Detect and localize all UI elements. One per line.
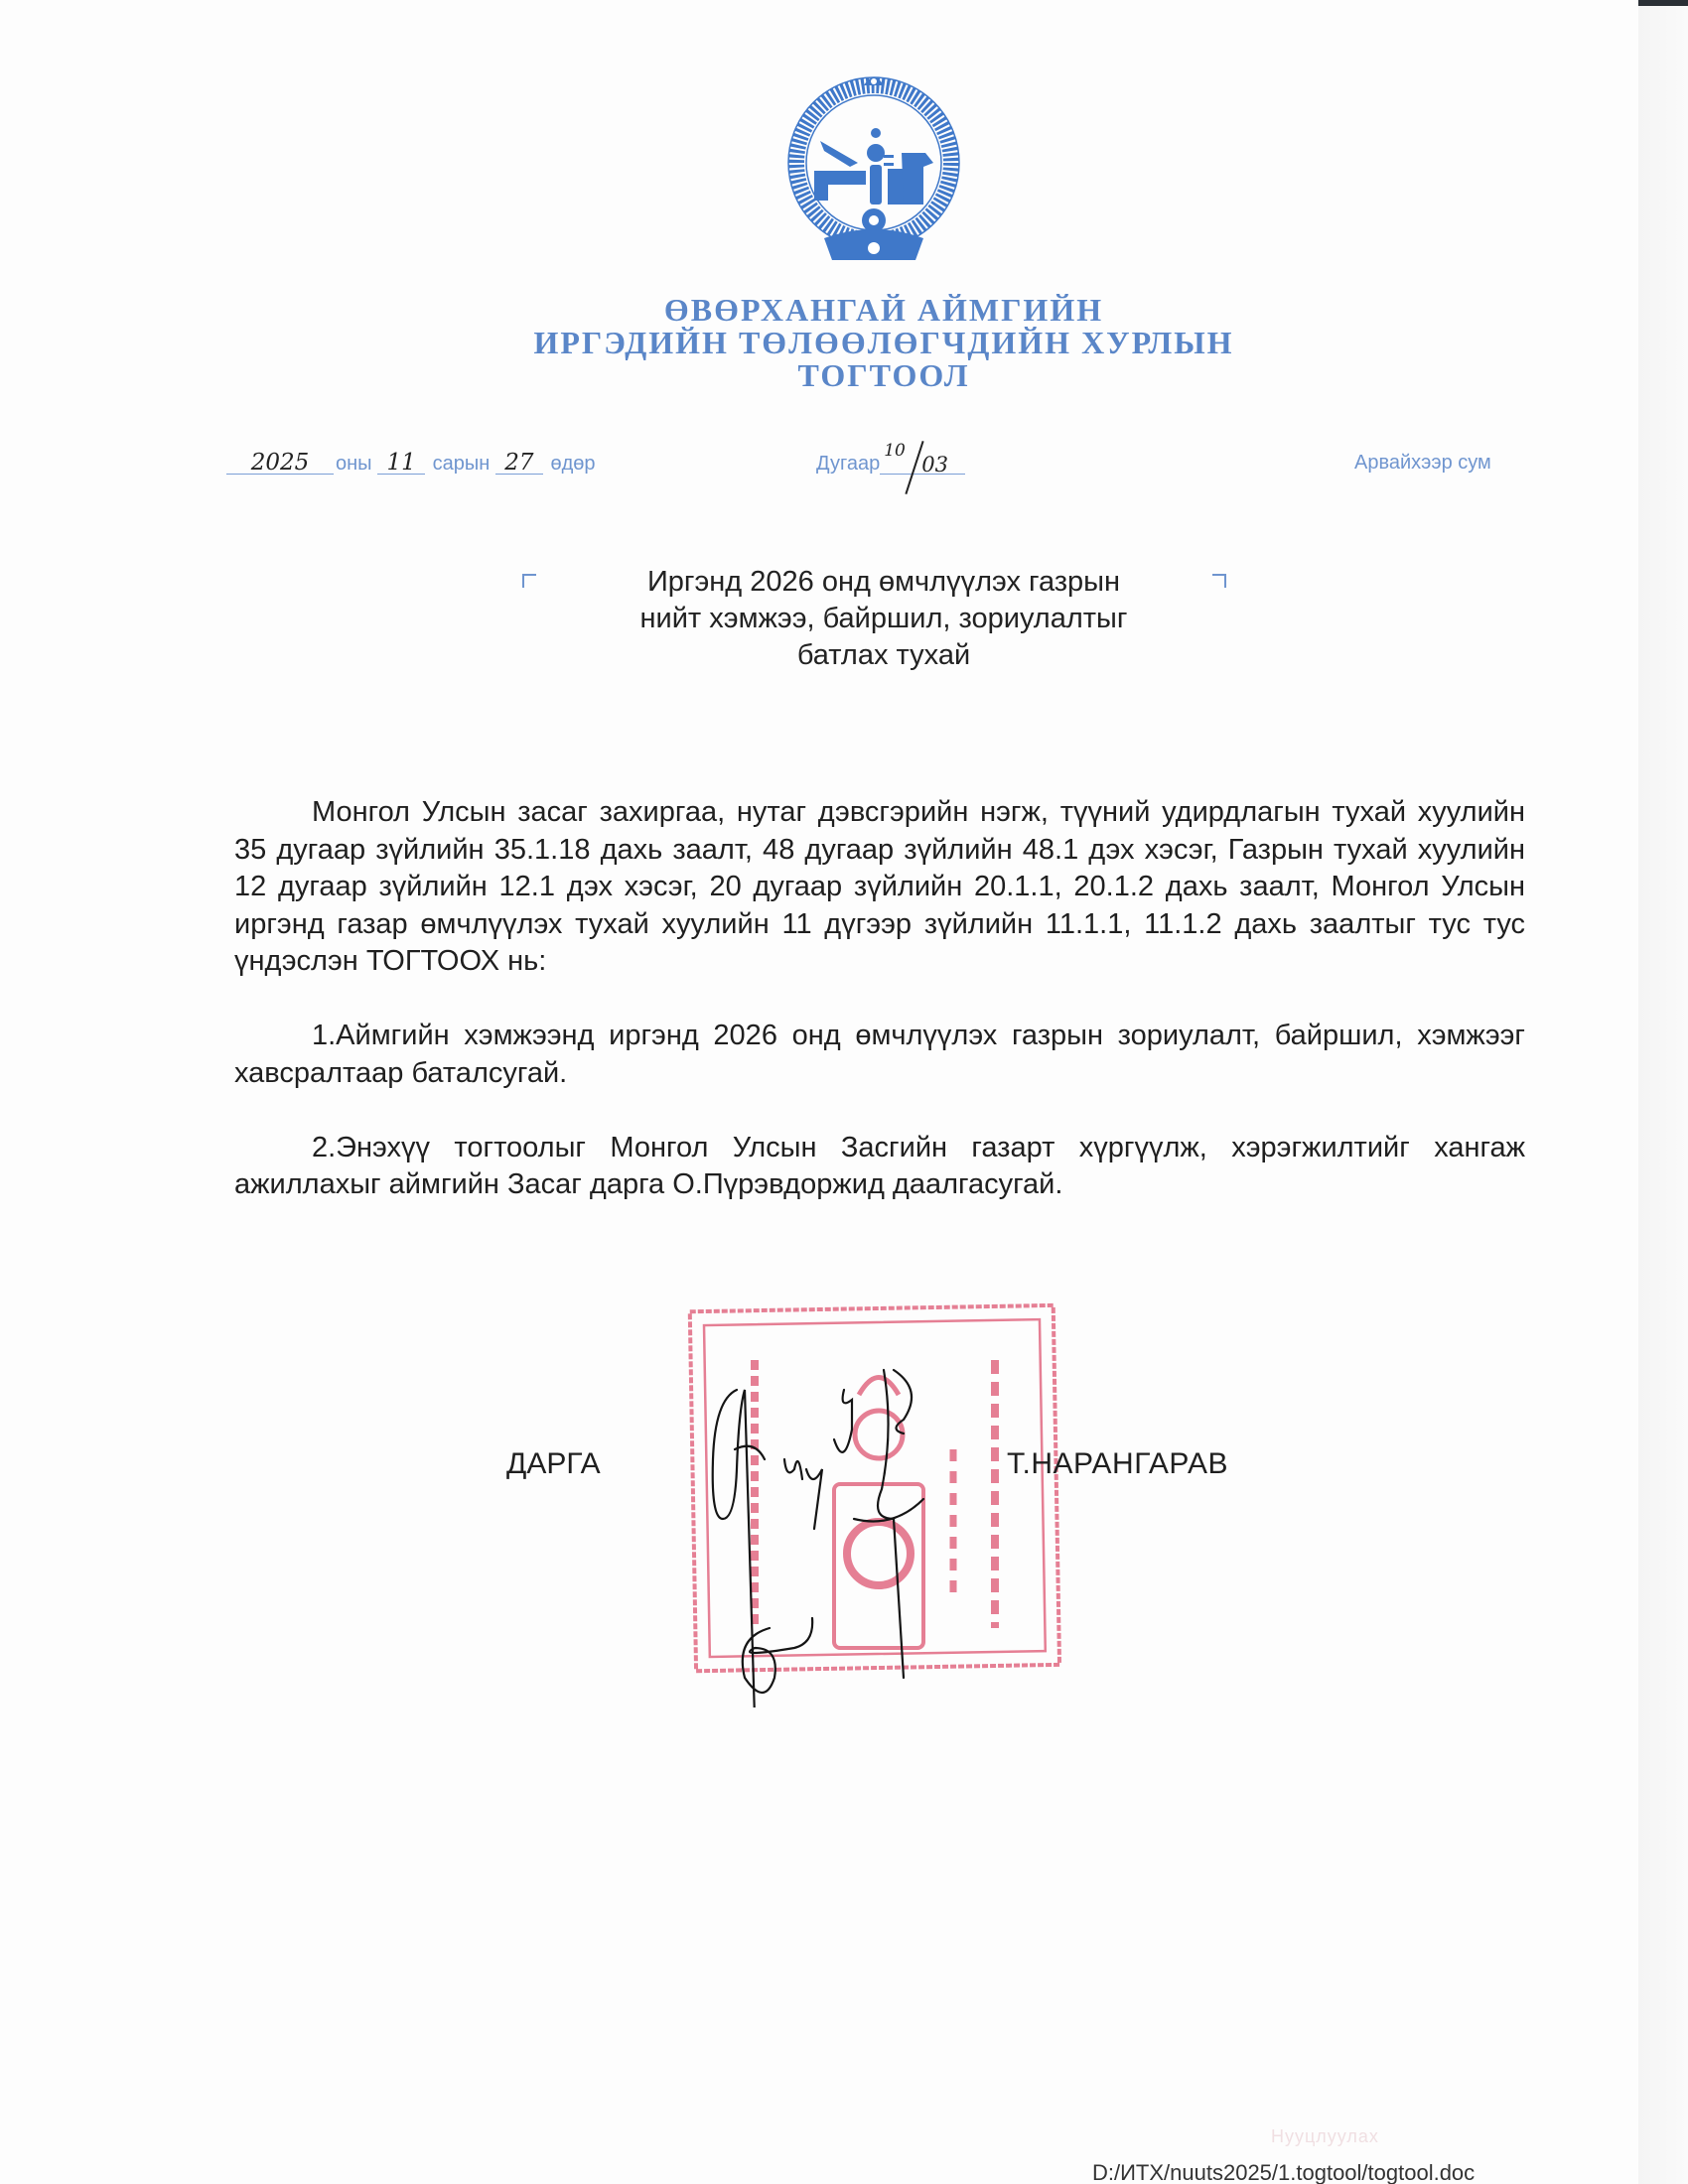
day-suffix: өдөр bbox=[550, 453, 595, 475]
resolution-body: Монгол Улсын засаг захиргаа, нутаг дэвсг… bbox=[234, 794, 1525, 1204]
number-part-a: 10 bbox=[884, 440, 906, 462]
clause-2-paragraph: 2.Энэхүү тогтоолыг Монгол Улсын Засгийн … bbox=[234, 1130, 1525, 1204]
signatory-name: Т.НАРАНГАРАВ bbox=[1007, 1447, 1228, 1481]
subject-heading: Иргэнд 2026 онд өмчлүүлэх газрын нийт хэ… bbox=[556, 564, 1211, 674]
subject-line-3: батлах тухай bbox=[556, 637, 1211, 674]
subject-line-2: нийт хэмжээ, байршил, зориулалтыг bbox=[556, 601, 1211, 637]
month-suffix: сарын bbox=[433, 453, 491, 475]
number-field: Дугаар 1003 bbox=[816, 452, 967, 476]
subject-line-1: Иргэнд 2026 онд өмчлүүлэх газрын bbox=[556, 564, 1211, 601]
number-value: 1003 bbox=[880, 452, 965, 475]
signatory-title: ДАРГА bbox=[506, 1447, 601, 1481]
handwritten-signature-icon bbox=[695, 1350, 993, 1707]
place-field: Арвайхээр сум bbox=[1354, 452, 1491, 475]
organization-title: ӨВӨРХАНГАЙ АЙМГИЙН ИРГЭДИЙН ТӨЛӨӨЛӨГЧДИЙ… bbox=[0, 294, 1688, 392]
subject-corner-left-icon bbox=[522, 574, 536, 588]
year-suffix: оны bbox=[336, 453, 372, 475]
day-value: 27 bbox=[495, 452, 543, 475]
date-field: 2025оны 11 сарын 27 өдөр bbox=[226, 452, 596, 476]
clause-1-paragraph: 1.Аймгийн хэмжээнд иргэнд 2026 онд өмчлү… bbox=[234, 1018, 1525, 1092]
year-value: 2025 bbox=[226, 452, 334, 475]
subject-corner-right-icon bbox=[1212, 574, 1226, 588]
title-line-1: ӨВӨРХАНГАЙ АЙМГИЙН bbox=[0, 294, 1688, 327]
document-page: ӨВӨРХАНГАЙ АЙМГИЙН ИРГЭДИЙН ТӨЛӨӨЛӨГЧДИЙ… bbox=[0, 0, 1638, 2184]
number-part-b: 03 bbox=[921, 454, 948, 476]
title-line-3: ТОГТООЛ bbox=[0, 359, 1688, 392]
state-emblem-icon bbox=[784, 71, 963, 265]
scan-edge bbox=[1638, 0, 1688, 2184]
file-path: D:/ИТХ/nuuts2025/1.togtool/togtool.doc bbox=[1092, 2160, 1475, 2184]
number-label: Дугаар bbox=[816, 453, 880, 475]
month-value: 11 bbox=[377, 452, 425, 475]
faint-watermark: Нууцлуулах bbox=[1271, 2126, 1379, 2147]
scan-edge-corner bbox=[1638, 0, 1688, 6]
title-line-2: ИРГЭДИЙН ТӨЛӨӨЛӨГЧДИЙН ХУРЛЫН bbox=[0, 327, 1688, 359]
preamble-paragraph: Монгол Улсын засаг захиргаа, нутаг дэвсг… bbox=[234, 794, 1525, 981]
